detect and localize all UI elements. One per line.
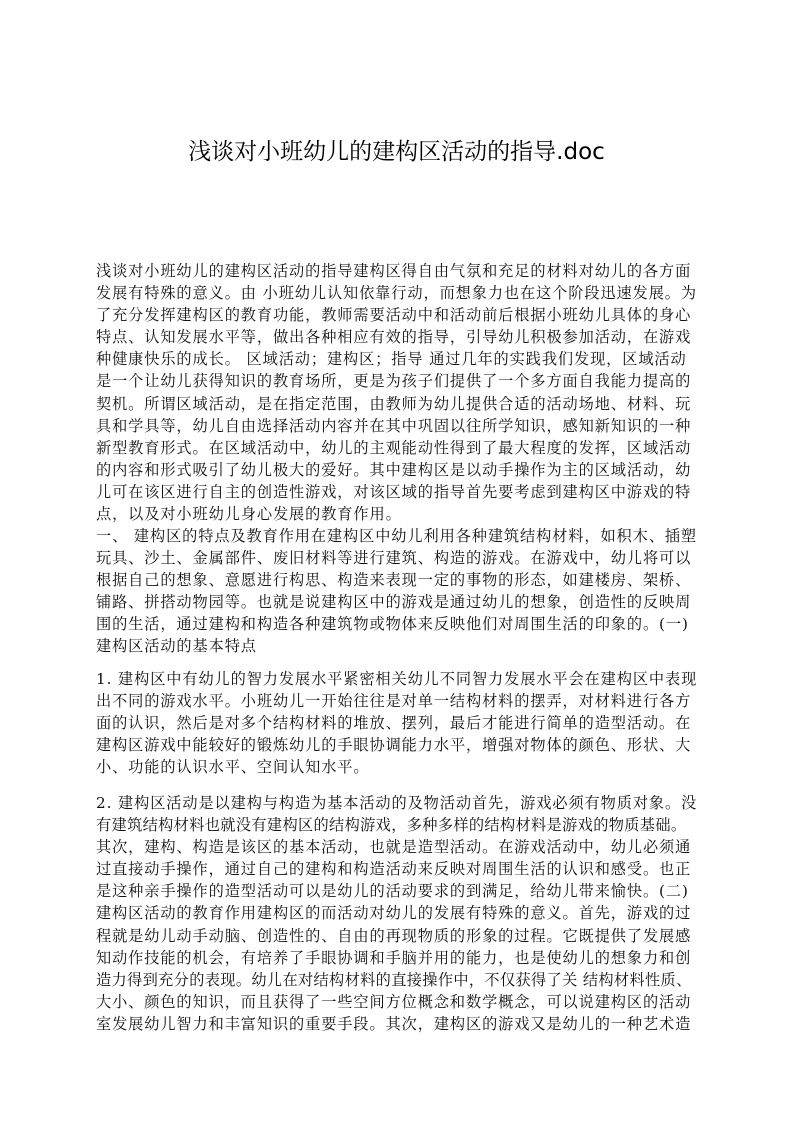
text-line: 建构区游戏中能较好的锻炼幼儿的手眼协调能力水平，增强对物体的颜色、形状、大 [96, 734, 702, 756]
text-line: 建构区活动的教育作用建构区的而活动对幼儿的发展有特殊的意义。首先，游戏的过 [96, 902, 702, 924]
paragraph-point-2: 2. 建构区活动是以建构与构造为基本活动的及物活动首先，游戏必须有物质对象。没 … [96, 792, 702, 1035]
text-line: 其次，建构、构造是该区的基本活动，也就是造型活动。在游戏活动中，幼儿必须通 [96, 836, 702, 858]
text-line: 新型教育形式。在区域活动中，幼儿的主观能动性得到了最大程度的发挥，区域活动 [96, 437, 702, 459]
text-line: 有建筑结构材料也就没有建构区的结构游戏，多种多样的结构材料是游戏的物质基础。 [96, 814, 702, 836]
text-line: 点，以及对小班幼儿身心发展的教育作用。 [96, 503, 702, 525]
text-line: 一、 建构区的特点及教育作用在建构区中幼儿利用各种建筑结构材料，如积木、插塑 [96, 525, 702, 547]
text-line: 了充分发挥建构区的教育功能，教师需要活动中和活动前后根据小班幼儿具体的身心 [96, 304, 702, 326]
text-line: 玩具、沙土、金属部件、废旧材料等进行建筑、构造的游戏。在游戏中，幼儿将可以 [96, 547, 702, 569]
text-line: 建构区活动的基本特点 [96, 635, 702, 657]
text-line: 发展有特殊的意义。由 小班幼儿认知依靠行动，而想象力也在这个阶段迅速发展。为 [96, 282, 702, 304]
text-line: 种健康快乐的成长。 区域活动；建构区；指导 通过几年的实践我们发现，区域活动 [96, 348, 702, 370]
paragraph-intro: 浅谈对小班幼儿的建构区活动的指导建构区得自由气氛和充足的材料对幼儿的各方面 发展… [96, 260, 702, 525]
text-line: 围的生活，通过建构和构造各种建筑物或物体来反映他们对周围生活的印象的。(一) [96, 613, 702, 635]
text-line: 儿可在该区进行自主的创造性游戏，对该区域的指导首先要考虑到建构区中游戏的特 [96, 481, 702, 503]
text-line: 2. 建构区活动是以建构与构造为基本活动的及物活动首先，游戏必须有物质对象。没 [96, 792, 702, 814]
text-line: 面的认识，然后是对多个结构材料的堆放、摆列，最后才能进行简单的造型活动。在 [96, 712, 702, 734]
text-line: 1. 建构区中有幼儿的智力发展水平紧密相关幼儿不同智力发展水平会在建构区中表现 [96, 668, 702, 690]
text-line: 程就是幼儿动手动脑、创造性的、自由的再现物质的形象的过程。它既提供了发展感 [96, 925, 702, 947]
text-line: 浅谈对小班幼儿的建构区活动的指导建构区得自由气氛和充足的材料对幼儿的各方面 [96, 260, 702, 282]
text-line: 室发展幼儿智力和丰富知识的重要手段。其次，建构区的游戏又是幼儿的一种艺术造 [96, 1013, 702, 1035]
text-line: 大小、颜色的知识，而且获得了一些空间方位概念和数学概念，可以说建构区的活动 [96, 991, 702, 1013]
text-line: 过直接动手操作，通过自己的建构和构造活动来反映对周围生活的认识和感受。也正 [96, 858, 702, 880]
text-line: 是这种亲手操作的造型活动可以是幼儿的活动要求的到满足，给幼儿带来愉快。(二) [96, 880, 702, 902]
text-line: 具和学具等，幼儿自由选择活动内容并在其中巩固以往所学知识，感知新知识的一种 [96, 415, 702, 437]
text-line: 的内容和形式吸引了幼儿极大的爱好。其中建构区是以动手操作为主的区域活动，幼 [96, 459, 702, 481]
text-line: 造力得到充分的表现。幼儿在对结构材料的直接操作中，不仅获得了关 结构材料性质、 [96, 969, 702, 991]
text-line: 知动作技能的机会，有培养了手眼协调和手脑并用的能力，也是使幼儿的想象力和创 [96, 947, 702, 969]
text-line: 出不同的游戏水平。小班幼儿一开始往往是对单一结构材料的摆弄，对材料进行各方 [96, 690, 702, 712]
text-line: 是一个让幼儿获得知识的教育场所，更是为孩子们提供了一个多方面自我能力提高的 [96, 370, 702, 392]
document-title: 浅谈对小班幼儿的建构区活动的指导.doc [0, 136, 793, 168]
text-line: 契机。所谓区域活动，是在指定范围，由教师为幼儿提供合适的活动场地、材料、玩 [96, 393, 702, 415]
text-line: 根据自己的想象、意愿进行构思、构造来表现一定的事物的形态，如建楼房、架桥、 [96, 569, 702, 591]
paragraph-point-1: 1. 建构区中有幼儿的智力发展水平紧密相关幼儿不同智力发展水平会在建构区中表现 … [96, 668, 702, 778]
text-line: 特点、认知发展水平等，做出各种相应有效的指导，引导幼儿积极参加活动，在游戏 [96, 326, 702, 348]
text-line: 铺路、拼搭动物园等。也就是说建构区中的游戏是通过幼儿的想象，创造性的反映周 [96, 591, 702, 613]
paragraph-section-1: 一、 建构区的特点及教育作用在建构区中幼儿利用各种建筑结构材料，如积木、插塑 玩… [96, 525, 702, 658]
text-line: 小、功能的认识水平、空间认知水平。 [96, 756, 702, 778]
